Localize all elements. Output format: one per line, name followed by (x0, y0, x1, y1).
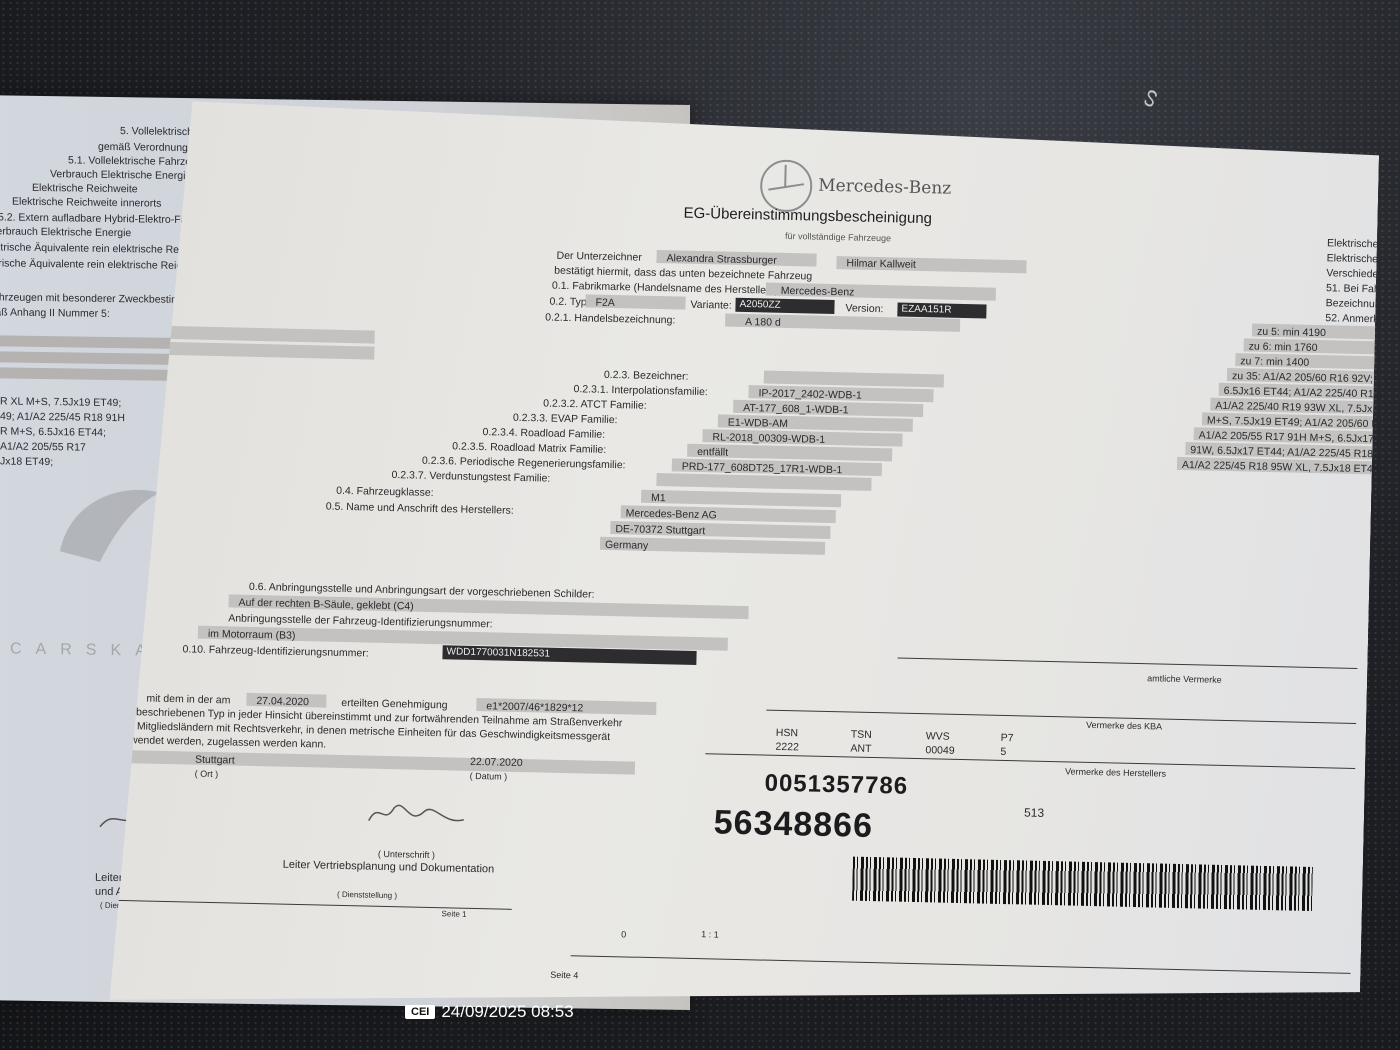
variant-value: A2050ZZ (735, 298, 834, 314)
approval-text-1: mit dem in der am (146, 693, 230, 707)
family-label: 0.2.3.4. Roadload Familie: (482, 426, 605, 441)
family-label: 0.2.3.5. Roadload Matrix Familie: (452, 440, 606, 455)
family-value: IP-2017_2402-WDB-1 (758, 387, 862, 401)
vermerke-kba: Vermerke des KBA (1086, 720, 1162, 732)
brand-name: Mercedes-Benz (818, 176, 951, 199)
family-label: 0.2.3.1. Interpolationsfamilie: (573, 383, 707, 398)
version-label: Version: (845, 302, 883, 315)
family-label: 0.2.3.2. ATCT Familie: (543, 397, 647, 411)
right-edge-line: Elektrische (1327, 252, 1379, 265)
approval-date: 27.04.2020 (256, 695, 309, 708)
place: Stuttgart (195, 754, 235, 767)
family-value: entfällt (697, 446, 728, 459)
document-title: EG-Übereinstimmungsbescheinigung (683, 205, 932, 228)
camera-logo-icon: CEI (405, 1005, 435, 1019)
right-signature-caption: ( Unterschrift ) (378, 849, 435, 860)
right-signature-icon (363, 795, 474, 837)
right-dienststellung: ( Dienststellung ) (337, 890, 397, 900)
signer-label: Der Unterzeichner (556, 250, 641, 264)
code-value: 2222 (775, 741, 799, 754)
right-edge-line: Bezeichnung d (1326, 297, 1396, 311)
tyre-line-1: R XL M+S, 7.5Jx19 ET49; (0, 395, 121, 409)
document-number-2: 56348866 (713, 803, 873, 846)
family-label: 0.2.3.6. Periodische Regenerierungsfamil… (422, 455, 626, 472)
section6-ref: gemäß Anhang II Nummer 5: (0, 306, 110, 320)
tyre-line-4: A1/A2 205/55 R17 (0, 440, 86, 453)
family-label: 0.2.3.7. Verdunstungstest Familie: (391, 469, 550, 485)
date-label: ( Datum ) (470, 771, 508, 782)
approval-number: e1*2007/46*1829*12 (486, 700, 583, 714)
f010-label: 0.10. Fahrzeug-Identifizierungsnummer: (182, 643, 368, 659)
f02-value: F2A (595, 297, 615, 309)
right-edge-line: 51. Bei Fahrzeugen (1326, 282, 1400, 296)
f02-label: 0.2. Typ: (549, 296, 589, 309)
family-value: E1-WDB-AM (728, 417, 788, 430)
s51-range: Elektrische Reichweite (32, 182, 138, 195)
f01-value: Mercedes-Benz (781, 285, 855, 299)
right-edge-line: zu 6: min 1760 (1249, 340, 1318, 354)
document-number-3: 513 (1024, 805, 1044, 819)
family-label: 0.2.3.3. EVAP Familie: (513, 412, 618, 426)
approval-text-2: erteilten Genehmigung (341, 697, 447, 711)
code-value: 5 (1000, 746, 1006, 758)
page-label-4: Seite 4 (550, 970, 578, 981)
right-document-page: Mercedes-Benz EG-Übereinstimmungsbeschei… (110, 100, 1380, 1028)
tyre-line-2: 49; A1/A2 225/45 R18 91H (0, 410, 125, 424)
date: 22.07.2020 (470, 756, 523, 769)
document-number-1: 0051357786 (764, 770, 908, 801)
right-edge-line: zu 7: min 1400 (1240, 355, 1309, 369)
right-edge-line: 52. Anmerkungen: (1325, 312, 1400, 326)
f021-label: 0.2.1. Handelsbezeichnung: (545, 311, 675, 326)
signer-2: Hilmar Kallweit (846, 257, 916, 271)
right-edge-line: zu 5: min 4190 (1257, 326, 1326, 340)
code-label: P7 (1001, 732, 1014, 744)
approval-text-5: verwendet werden, zugelassen werden kann… (115, 734, 326, 751)
s51-energy: Verbrauch Elektrische Energie (50, 168, 191, 182)
right-edge-line: Verschiedene (1326, 267, 1390, 280)
document-subtitle: für vollständige Fahrzeuge (785, 231, 891, 243)
vermerke-hersteller: Vermerke des Herstellers (1065, 766, 1166, 778)
s51-range-city: Elektrische Reichweite innerorts (12, 196, 161, 210)
manufacturer-line-2: DE-70372 Stuttgart (615, 523, 705, 537)
f05-label: 0.5. Name und Anschrift des Herstellers: (326, 501, 514, 517)
manufacturer-line-3: Germany (605, 539, 648, 552)
code-label: HSN (776, 727, 798, 739)
manufacturer-line-1: Mercedes-Benz AG (626, 507, 717, 521)
photo-timestamp: CEI 24/09/2025 08:53 (405, 1002, 574, 1022)
barcode-icon (852, 857, 1313, 911)
amtliche-vermerke: amtliche Vermerke (1147, 673, 1222, 685)
code-label: WVS (926, 730, 950, 743)
tyre-line-3: R M+S, 6.5Jx16 ET44; (0, 425, 106, 438)
f04-label: 0.4. Fahrzeugklasse: (336, 485, 434, 499)
f04-value: M1 (651, 492, 666, 504)
place-label: ( Ort ) (195, 769, 219, 780)
f06b-value: im Motorraum (B3) (208, 628, 296, 642)
page-label-1: Seite 1 (442, 909, 467, 919)
version-value: EZAA151R (897, 302, 986, 318)
signer-1: Alexandra Strassburger (666, 252, 777, 266)
code-value: ANT (850, 743, 871, 755)
family-value: AT-177_608_1-WDB-1 (743, 402, 849, 416)
code-label: TSN (851, 729, 872, 741)
f06-value: Auf der rechten B-Säule, geklebt (C4) (238, 597, 413, 613)
code-value: 00049 (925, 744, 954, 757)
s52-energy: Verbrauch Elektrische Energie (0, 225, 131, 239)
right-signatory-title: Leiter Vertriebsplanung und Dokumentatio… (283, 859, 495, 876)
timestamp-text: 24/09/2025 08:53 (441, 1002, 573, 1022)
footer-mid: 1 : 1 (701, 929, 719, 939)
right-edge-line: Elektrische (1327, 237, 1379, 250)
variant-label: Variante: (690, 299, 732, 312)
mercedes-star-logo-icon (760, 159, 813, 212)
family-value: RL-2018_00309-WDB-1 (712, 431, 825, 446)
footer-left: 0 (621, 929, 626, 939)
family-label: 0.2.3. Bezeichner: (604, 369, 689, 383)
seat-logo-icon: ᔕ (1134, 84, 1164, 111)
f021-value: A 180 d (745, 316, 781, 329)
